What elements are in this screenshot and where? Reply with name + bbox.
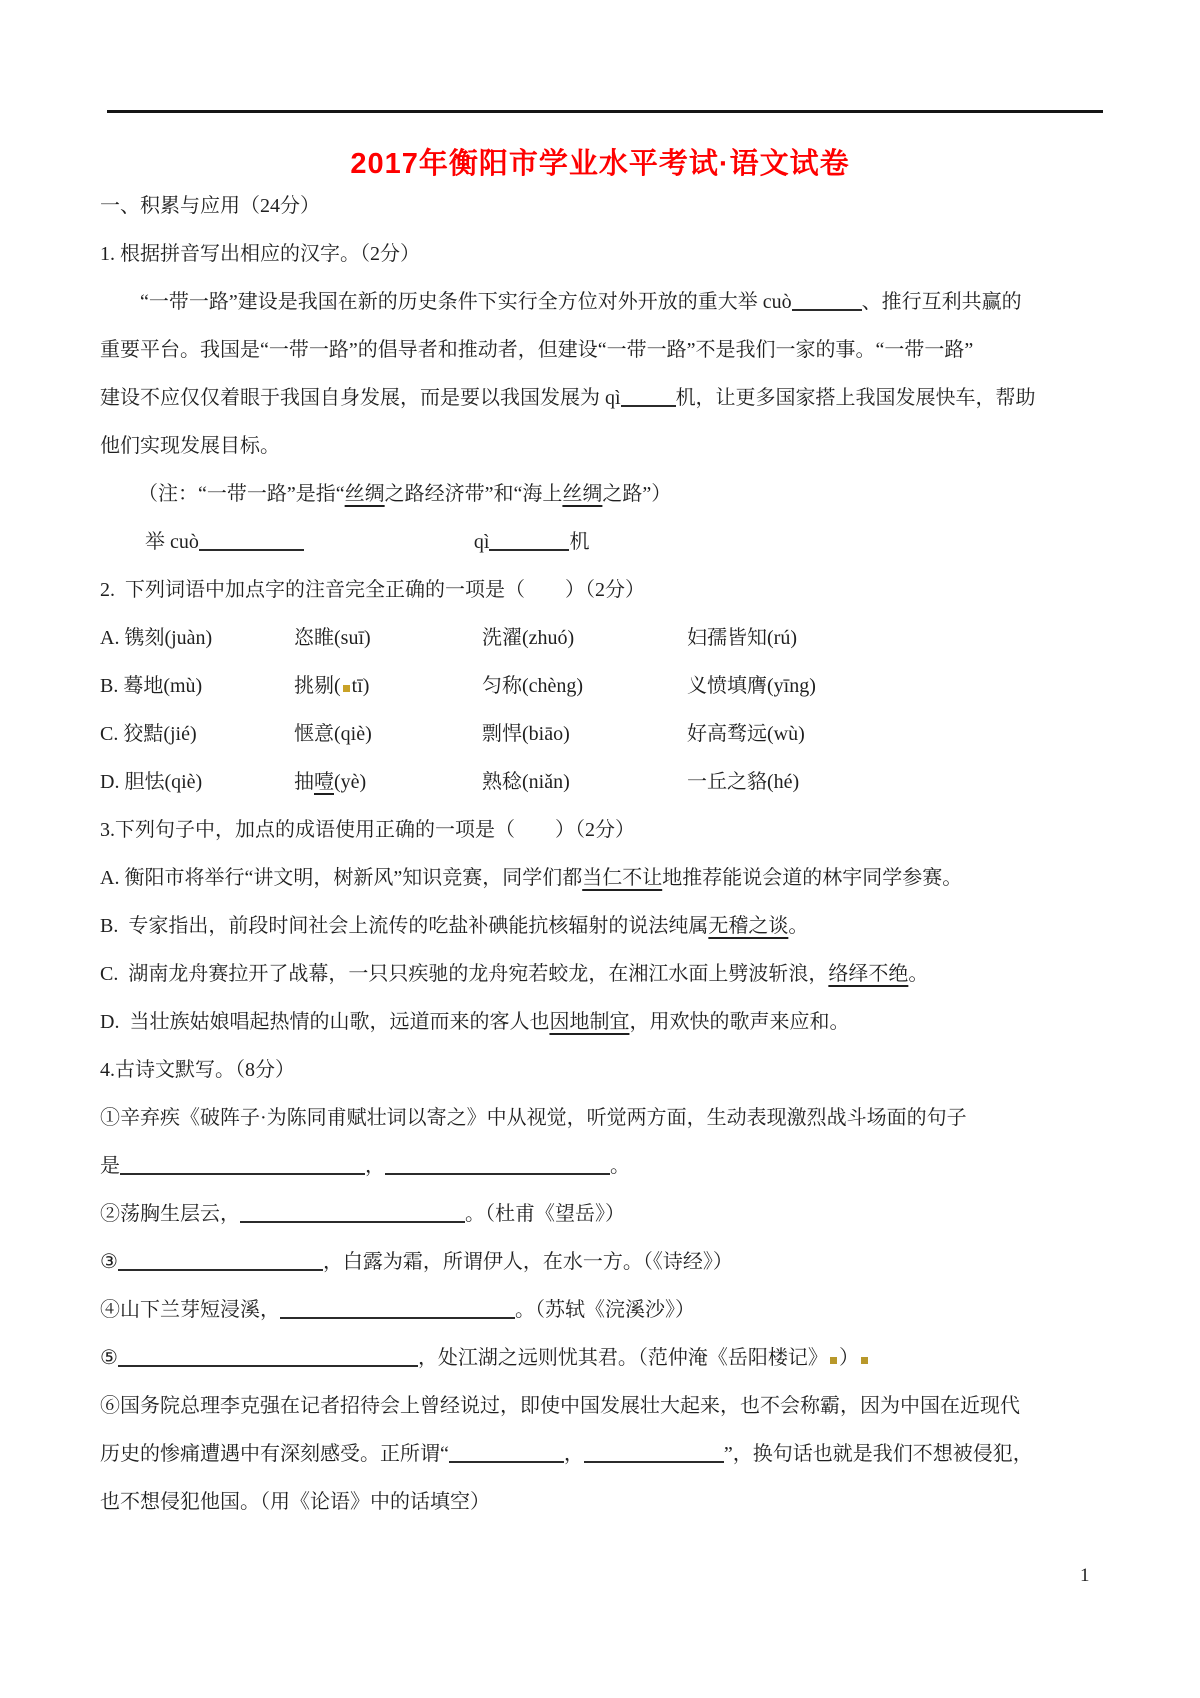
fill-in-blank xyxy=(489,535,569,551)
q1-passage-line-2: 重要平台。我国是“一带一路”的倡导者和推动者，但建设“一带一路”不是我们一家的事… xyxy=(100,326,1104,374)
fill-in-blank xyxy=(118,1351,418,1367)
q4-item-1-line-1: ①辛弃疾《破阵子·为陈同甫赋壮词以寄之》中从视觉，听觉两方面，生动表现激烈战斗场… xyxy=(100,1094,1104,1142)
option-column: A. 镌刻(juàn) xyxy=(100,614,294,662)
text-segment: ， xyxy=(564,1443,584,1465)
option-column: 好高骛远(wù) xyxy=(687,710,1104,758)
text-segment: ⑥国务院总理李克强在记者招待会上曾经说过，即使中国发展壮大起来，也不会称霸，因为… xyxy=(100,1395,1020,1417)
text-segment: 。 xyxy=(610,1155,630,1177)
exam-page: 2017年衡阳市学业水平考试·语文试卷 一、积累与应用（24分）1. 根据拼音写… xyxy=(0,0,1200,1698)
option-column: 熟稔(niǎn) xyxy=(482,758,687,806)
text-segment: “一带一路”建设是我国在新的历史条件下实行全方位对外开放的重大举 cuò xyxy=(140,291,792,313)
section-1-heading: 一、积累与应用（24分） xyxy=(100,182,1104,230)
option-column: 恣睢(suī) xyxy=(294,614,482,662)
underlined-phrase: 络绎不绝 xyxy=(828,963,908,985)
text-segment: ②荡胸生层云， xyxy=(100,1203,240,1225)
text-segment: ”，换句话也就是我们不想被侵犯， xyxy=(724,1443,1033,1465)
text-segment: 。（杜甫《望岳》） xyxy=(465,1203,625,1225)
text-segment: 机 xyxy=(569,531,589,553)
underlined-phrase: 因地制宜 xyxy=(549,1011,629,1033)
text-segment: D. 当壮族姑娘唱起热情的山歌，远道而来的客人也 xyxy=(100,1011,549,1033)
text-segment: 惬意(qiè) xyxy=(294,723,372,745)
option-column: 妇孺皆知(rú) xyxy=(687,614,1104,662)
option-column: C. 狡黠(jié) xyxy=(100,710,294,758)
q2-option-c: C. 狡黠(jié)惬意(qiè)剽悍(biāo)好高骛远(wù) xyxy=(100,710,1104,758)
fill-in-blank xyxy=(584,1447,724,1463)
text-segment: ，处江湖之远则忧其君。（范仲淹《岳阳楼记》 xyxy=(418,1347,828,1369)
text-segment: 他们实现发展目标。 xyxy=(100,435,280,457)
text-segment: ） xyxy=(839,1347,859,1369)
q4-item-5: ⑤，处江湖之远则忧其君。（范仲淹《岳阳楼记》） xyxy=(100,1334,1104,1382)
option-column: 挑剔(tī) xyxy=(294,662,482,710)
text-segment: tī) xyxy=(352,675,370,697)
text-segment: 3.下列句子中，加点的成语使用正确的一项是（ ）（2分） xyxy=(100,819,635,841)
q3-option-d: D. 当壮族姑娘唱起热情的山歌，远道而来的客人也因地制宜，用欢快的歌声来应和。 xyxy=(100,998,1104,1046)
text-segment: 之路经济带”和“海上 xyxy=(385,483,563,505)
q4-item-1-line-2: 是，。 xyxy=(100,1142,1104,1190)
fill-in-blank xyxy=(240,1207,465,1223)
text-segment: 。（苏轼《浣溪沙》） xyxy=(515,1299,695,1321)
text-segment: 义愤填膺(yīng) xyxy=(687,675,816,697)
text-segment: 。 xyxy=(908,963,928,985)
option-column: 剽悍(biāo) xyxy=(482,710,687,758)
fill-in-blank xyxy=(621,391,676,407)
q2-option-a: A. 镌刻(juàn)恣睢(suī)洗濯(zhuó)妇孺皆知(rú) xyxy=(100,614,1104,662)
text-segment: 、推行互利共赢的 xyxy=(862,291,1022,313)
text-segment: 妇孺皆知(rú) xyxy=(687,627,797,649)
text-segment: 1. 根据拼音写出相应的汉字。（2分） xyxy=(100,243,420,265)
page-number: 1 xyxy=(1080,1564,1090,1588)
q4-prompt: 4.古诗文默写。（8分） xyxy=(100,1046,1104,1094)
q4-item-4: ④山下兰芽短浸溪，。（苏轼《浣溪沙》） xyxy=(100,1286,1104,1334)
text-segment: 地推荐能说会道的林宇同学参赛。 xyxy=(662,867,962,889)
text-segment: ，白露为霜，所谓伊人，在水一方。（《诗经》） xyxy=(323,1251,733,1273)
text-segment: 重要平台。我国是“一带一路”的倡导者和推动者，但建设“一带一路”不是我们一家的事… xyxy=(100,339,973,361)
fill-in-blank xyxy=(120,1159,365,1175)
text-segment: 挑剔( xyxy=(294,675,341,697)
q3-option-c: C. 湖南龙舟赛拉开了战幕，一只只疾驰的龙舟宛若蛟龙，在湘江水面上劈波斩浪，络绎… xyxy=(100,950,1104,998)
underlined-phrase: 无稽之谈 xyxy=(708,915,788,937)
fill-in-blank xyxy=(792,295,862,311)
text-segment: 机，让更多国家搭上我国发展快车，帮助 xyxy=(676,387,1036,409)
text-segment: 剽悍(biāo) xyxy=(482,723,570,745)
q1-prompt: 1. 根据拼音写出相应的汉字。（2分） xyxy=(100,230,1104,278)
option-column: 洗濯(zhuó) xyxy=(482,614,687,662)
option-column: 义愤填膺(yīng) xyxy=(687,662,1104,710)
q2-prompt: 2. 下列词语中加点字的注音完全正确的一项是（ ）（2分） xyxy=(100,566,1104,614)
option-column: 一丘之貉(hé) xyxy=(687,758,1104,806)
scan-artifact-dot xyxy=(830,1357,837,1364)
q4-item-6-line-2: 历史的惨痛遭遇中有深刻感受。正所谓“，”，换句话也就是我们不想被侵犯， xyxy=(100,1430,1104,1478)
underlined-phrase: 噎 xyxy=(314,771,334,793)
text-segment: A. 衡阳市将举行“讲文明，树新风”知识竞赛，同学们都 xyxy=(100,867,582,889)
q3-prompt: 3.下列句子中，加点的成语使用正确的一项是（ ）（2分） xyxy=(100,806,1104,854)
text-segment: ④山下兰芽短浸溪， xyxy=(100,1299,280,1321)
text-segment: C. 狡黠(jié) xyxy=(100,723,197,745)
q1-note: （注：“一带一路”是指“丝绸之路经济带”和“海上丝绸之路”） xyxy=(100,470,1104,518)
q2-option-b: B. 蓦地(mù)挑剔(tī)匀称(chèng)义愤填膺(yīng) xyxy=(100,662,1104,710)
text-segment: 建设不应仅仅着眼于我国自身发展，而是要以我国发展为 qì xyxy=(100,387,621,409)
option-column: 抽噎(yè) xyxy=(294,758,482,806)
text-segment: 。 xyxy=(788,915,808,937)
text-segment: 历史的惨痛遭遇中有深刻感受。正所谓“ xyxy=(100,1443,449,1465)
q1-passage-line-4: 他们实现发展目标。 xyxy=(100,422,1104,470)
text-segment: （注：“一带一路”是指“ xyxy=(138,483,345,505)
text-segment: 好高骛远(wù) xyxy=(687,723,805,745)
q4-item-2: ②荡胸生层云，。（杜甫《望岳》） xyxy=(100,1190,1104,1238)
page-title: 2017年衡阳市学业水平考试·语文试卷 xyxy=(0,141,1200,182)
text-segment: 之路”） xyxy=(602,483,671,505)
text-segment: 是 xyxy=(100,1155,120,1177)
text-segment: 一、积累与应用（24分） xyxy=(100,195,320,217)
q3-option-a: A. 衡阳市将举行“讲文明，树新风”知识竞赛，同学们都当仁不让地推荐能说会道的林… xyxy=(100,854,1104,902)
q1-passage-line-3: 建设不应仅仅着眼于我国自身发展，而是要以我国发展为 qì机，让更多国家搭上我国发… xyxy=(100,374,1104,422)
text-segment: 熟稔(niǎn) xyxy=(482,771,570,793)
text-segment: 一丘之貉(hé) xyxy=(687,771,799,793)
document-body: 一、积累与应用（24分）1. 根据拼音写出相应的汉字。（2分）“一带一路”建设是… xyxy=(100,182,1104,1526)
text-segment: 4.古诗文默写。（8分） xyxy=(100,1059,295,1081)
text-segment: ⑤ xyxy=(100,1347,118,1369)
text-segment: 恣睢(suī) xyxy=(294,627,371,649)
fill-in-blank xyxy=(280,1303,515,1319)
text-segment: D. 胆怯(qiè) xyxy=(100,771,202,793)
text-segment: B. 蓦地(mù) xyxy=(100,675,202,697)
scan-artifact-dot xyxy=(861,1357,868,1364)
option-column: 匀称(chèng) xyxy=(482,662,687,710)
underlined-phrase: 丝绸 xyxy=(345,483,385,505)
fill-in-blank xyxy=(199,535,304,551)
underlined-phrase: 丝绸 xyxy=(562,483,602,505)
text-segment: B. 专家指出，前段时间社会上流传的吃盐补碘能抗核辐射的说法纯属 xyxy=(100,915,708,937)
text-segment: qì xyxy=(474,531,490,553)
text-segment: ③ xyxy=(100,1251,118,1273)
q1-passage-line-1: “一带一路”建设是我国在新的历史条件下实行全方位对外开放的重大举 cuò、推行互… xyxy=(100,278,1104,326)
scan-artifact-dot xyxy=(343,685,350,692)
text-segment: ， xyxy=(365,1155,385,1177)
option-column: B. 蓦地(mù) xyxy=(100,662,294,710)
text-segment: 匀称(chèng) xyxy=(482,675,583,697)
q4-item-3: ③，白露为霜，所谓伊人，在水一方。（《诗经》） xyxy=(100,1238,1104,1286)
option-column: D. 胆怯(qiè) xyxy=(100,758,294,806)
text-segment: 2. 下列词语中加点字的注音完全正确的一项是（ ）（2分） xyxy=(100,579,645,601)
text-segment: ，用欢快的歌声来应和。 xyxy=(629,1011,849,1033)
q1-answer-blanks: 举 cuòqì机 xyxy=(100,518,1104,566)
q4-item-6-line-3: 也不想侵犯他国。（用《论语》中的话填空） xyxy=(100,1478,1104,1526)
underlined-phrase: 当仁不让 xyxy=(582,867,662,889)
q4-item-6-line-1: ⑥国务院总理李克强在记者招待会上曾经说过，即使中国发展壮大起来，也不会称霸，因为… xyxy=(100,1382,1104,1430)
text-segment: 举 cuò xyxy=(145,531,199,553)
text-segment: ①辛弃疾《破阵子·为陈同甫赋壮词以寄之》中从视觉，听觉两方面，生动表现激烈战斗场… xyxy=(100,1107,967,1129)
fill-in-blank xyxy=(449,1447,564,1463)
q2-option-d: D. 胆怯(qiè)抽噎(yè)熟稔(niǎn)一丘之貉(hé) xyxy=(100,758,1104,806)
text-segment: C. 湖南龙舟赛拉开了战幕，一只只疾驰的龙舟宛若蛟龙，在湘江水面上劈波斩浪， xyxy=(100,963,828,985)
option-column: 惬意(qiè) xyxy=(294,710,482,758)
fill-in-blank xyxy=(385,1159,610,1175)
q3-option-b: B. 专家指出，前段时间社会上流传的吃盐补碘能抗核辐射的说法纯属无稽之谈。 xyxy=(100,902,1104,950)
fill-in-blank xyxy=(118,1255,323,1271)
header-horizontal-rule xyxy=(107,110,1103,113)
text-segment: 也不想侵犯他国。（用《论语》中的话填空） xyxy=(100,1491,490,1513)
text-segment: 洗濯(zhuó) xyxy=(482,627,574,649)
text-segment: A. 镌刻(juàn) xyxy=(100,627,212,649)
text-segment: 抽 xyxy=(294,771,314,793)
text-segment: (yè) xyxy=(334,771,366,793)
